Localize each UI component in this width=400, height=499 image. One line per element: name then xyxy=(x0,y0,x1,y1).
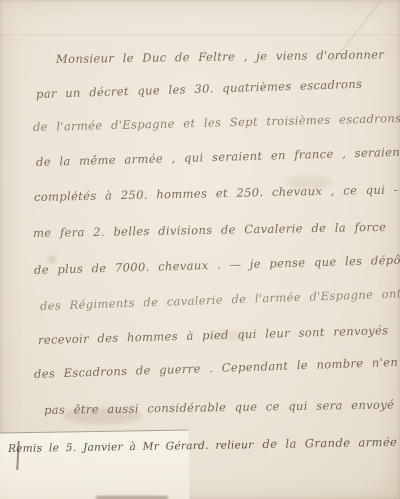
handwriting-line: me fera 2. belles divisions de Cavalerie… xyxy=(33,220,386,240)
letter-page: Monsieur le Duc de Feltre , je viens d'o… xyxy=(0,0,400,499)
handwriting-line: pas être aussi considérable que ce qui s… xyxy=(44,397,395,417)
handwriting-line: de l'armée d'Espagne et les Sept troisiè… xyxy=(33,111,400,134)
handwriting-line: Monsieur le Duc de Feltre , je viens d'o… xyxy=(56,47,384,66)
handwriting-line: de plus de 7000. chevaux . — je pense qu… xyxy=(34,252,400,277)
handwriting-line: des Régiments de cavalerie de l'armée d'… xyxy=(40,286,400,313)
handwriting-line: par un décret que les 30. quatrièmes esc… xyxy=(36,77,363,101)
handwriting-line: de la même armée , qui seraient en franc… xyxy=(36,145,400,169)
handwriting-line: des Escadrons de guerre . Cependant le n… xyxy=(34,354,400,381)
fold-crease xyxy=(0,34,400,35)
handwriting-line: recevoir des hommes à pied qui leur sont… xyxy=(38,323,389,347)
handwriting-line: complétés à 250. hommes et 250. chevaux … xyxy=(34,182,398,204)
docket-note: Remis le 5. Janvier à Mr Gérard. relieur xyxy=(8,439,254,455)
letter-continuation: de la Grande armée . il me xyxy=(262,434,400,451)
